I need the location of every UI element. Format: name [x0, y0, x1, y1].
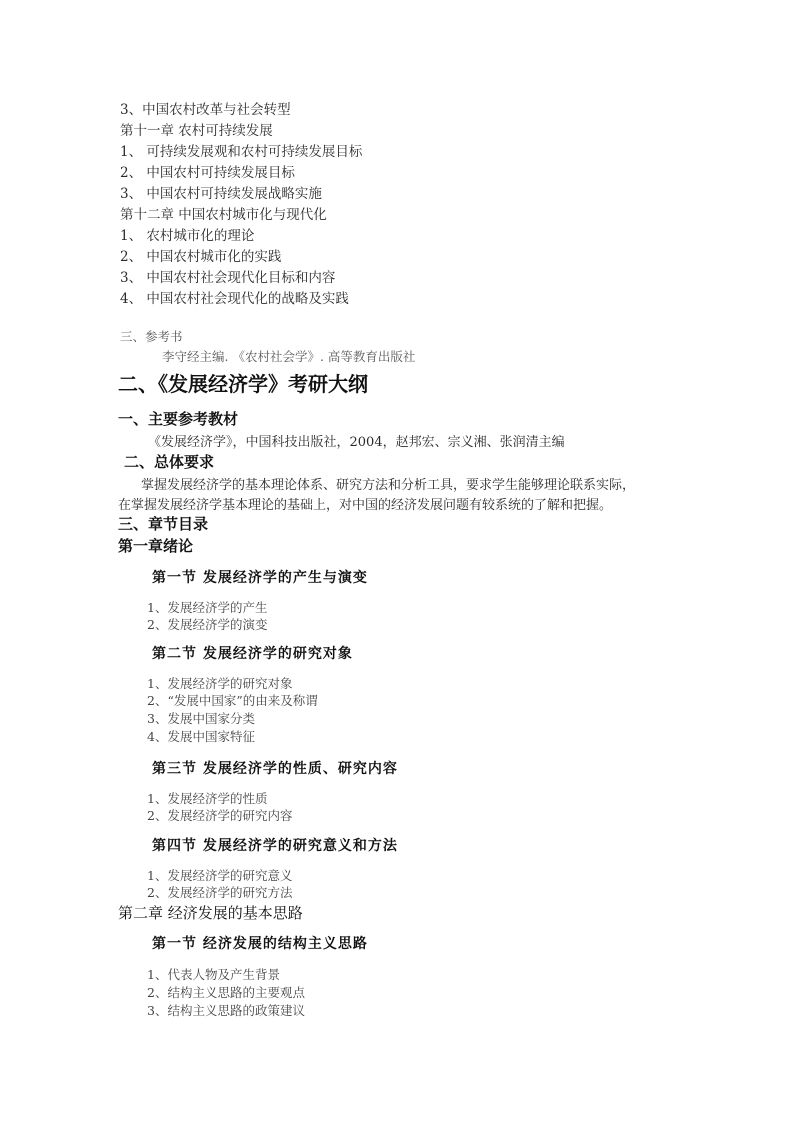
section-title: 第二节 发展经济学的研究对象 — [152, 643, 353, 663]
section-item: 1、发展经济学的研究意义 — [147, 866, 292, 884]
outline-line: 3、 中国农村可持续发展战略实施 — [120, 182, 322, 202]
references-entry: 李守经主编. 《农村社会学》. 高等教育出版社 — [162, 347, 415, 365]
section-item: 1、代表人物及产生背景 — [147, 965, 280, 983]
chapter-heading: 第十一章 农村可持续发展 — [120, 119, 273, 139]
section-item: 4、发展中国家特征 — [147, 727, 255, 745]
outline-line: 3、中国农村改革与社会转型 — [120, 98, 291, 118]
section-item: 2、“发展中国家”的由来及称谓 — [147, 691, 318, 709]
textbook-heading: 一、主要参考教材 — [118, 408, 238, 429]
document-page: 3、中国农村改革与社会转型 第十一章 农村可持续发展 1、 可持续发展观和农村可… — [0, 0, 793, 1122]
outline-line: 3、 中国农村社会现代化目标和内容 — [120, 266, 335, 286]
chapter-heading: 第十二章 中国农村城市化与现代化 — [120, 203, 327, 223]
chapter-title: 第一章绪论 — [118, 535, 193, 556]
section-item: 2、发展经济学的研究方法 — [147, 883, 292, 901]
section-item: 2、发展经济学的研究内容 — [147, 806, 292, 824]
section-item: 2、结构主义思路的主要观点 — [147, 983, 305, 1001]
requirements-text: 掌握发展经济学的基本理论体系、研究方法和分析工具，要求学生能够理论联系实际， — [141, 474, 635, 493]
outline-line: 1、 可持续发展观和农村可持续发展目标 — [120, 140, 362, 160]
outline-line: 2、 中国农村可持续发展目标 — [120, 161, 295, 181]
section-item: 1、发展经济学的产生 — [147, 598, 267, 616]
section-item: 1、发展经济学的性质 — [147, 789, 267, 807]
outline-line: 1、 农村城市化的理论 — [120, 224, 254, 244]
chapter-title: 第二章 经济发展的基本思路 — [118, 902, 303, 923]
section-title: 第四节 发展经济学的研究意义和方法 — [152, 835, 398, 855]
section-title: 第一节 经济发展的结构主义思路 — [152, 933, 368, 953]
contents-heading: 三、章节目录 — [118, 513, 208, 534]
outline-line: 2、 中国农村城市化的实践 — [120, 245, 281, 265]
requirements-heading: 二、总体要求 — [124, 451, 214, 472]
textbook-entry: 《发展经济学》，中国科技出版社，2004，赵邦宏、宗义湘、张润清主编 — [148, 431, 565, 450]
references-heading: 三、参考书 — [120, 327, 183, 345]
syllabus-title: 二、《发展经济学》考研大纲 — [118, 368, 368, 397]
section-title: 第一节 发展经济学的产生与演变 — [152, 567, 368, 587]
section-item: 3、发展中国家分类 — [147, 709, 255, 727]
section-item: 2、发展经济学的演变 — [147, 615, 267, 633]
requirements-text: 在掌握发展经济学基本理论的基础上，对中国的经济发展问题有较系统的了解和把握。 — [118, 494, 612, 513]
section-item: 1、发展经济学的研究对象 — [147, 674, 292, 692]
section-title: 第三节 发展经济学的性质、研究内容 — [152, 758, 398, 778]
outline-line: 4、 中国农村社会现代化的战略及实践 — [120, 287, 349, 307]
section-item: 3、结构主义思路的政策建议 — [147, 1001, 305, 1019]
